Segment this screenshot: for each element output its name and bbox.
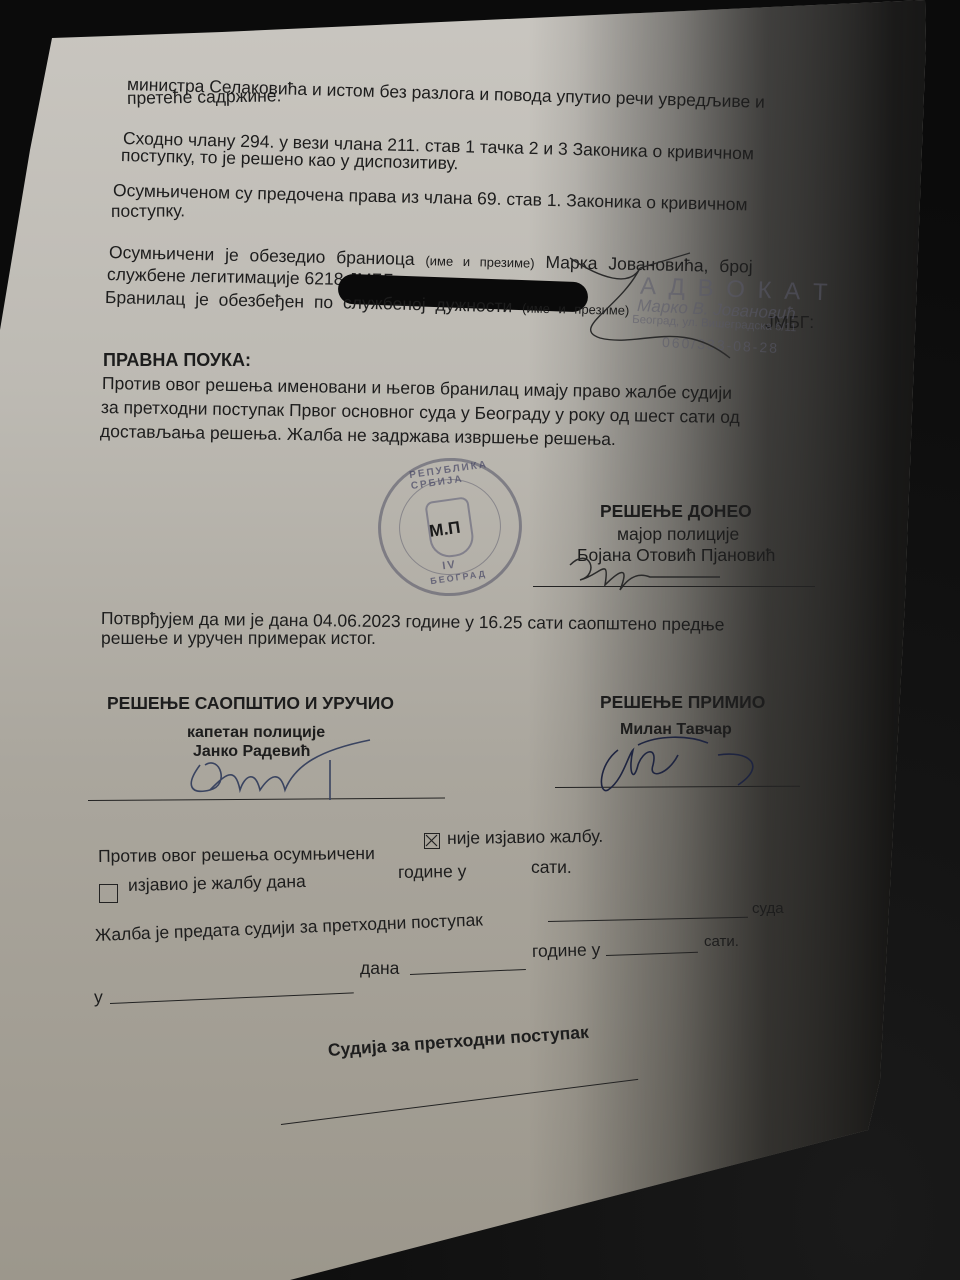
delivered-by-heading: РЕШЕЊЕ САОПШТИО И УРУЧИО (107, 693, 394, 713)
decided-by-heading: РЕШЕЊЕ ДОНЕО (600, 501, 752, 521)
stamp-number: IV (442, 558, 458, 572)
day-label: дана (360, 958, 399, 978)
received-by-signature (598, 735, 778, 805)
appealed-checkbox[interactable] (99, 884, 118, 903)
submission-year-label: године у (532, 939, 601, 961)
received-by-heading: РЕШЕЊЕ ПРИМИО (600, 692, 765, 712)
appeal-hours-label: сати. (531, 857, 572, 877)
not-appealed-label: није изјавио жалбу. (447, 826, 603, 848)
in-label: у (94, 987, 103, 1007)
confirmation-line-2: решење и уручен примерак истог. (101, 628, 376, 648)
counsel-hint-1: (име и презиме) (425, 253, 534, 270)
lawyer-signature (560, 248, 760, 368)
appeal-year-label: године у (398, 861, 467, 882)
rights-line-2: поступку. (111, 200, 185, 221)
decided-by-signature (560, 545, 760, 595)
appeal-status-prefix: Против овог решења осумњичени (98, 843, 375, 866)
stamp-mp-label: М.П (428, 518, 462, 542)
checkbox-x-icon (425, 834, 438, 847)
legal-notice-heading: ПРАВНА ПОУКА: (103, 350, 251, 370)
submission-hours-label: сати. (704, 932, 739, 952)
court-label: суда (752, 899, 784, 919)
not-appealed-checkbox[interactable] (424, 833, 440, 849)
appealed-label: изјавио је жалбу дана (128, 871, 306, 895)
decided-by-rank: мајор полиције (617, 524, 739, 544)
delivered-by-signature (180, 735, 380, 805)
intro-line-2: претеће садржине. (127, 85, 282, 108)
